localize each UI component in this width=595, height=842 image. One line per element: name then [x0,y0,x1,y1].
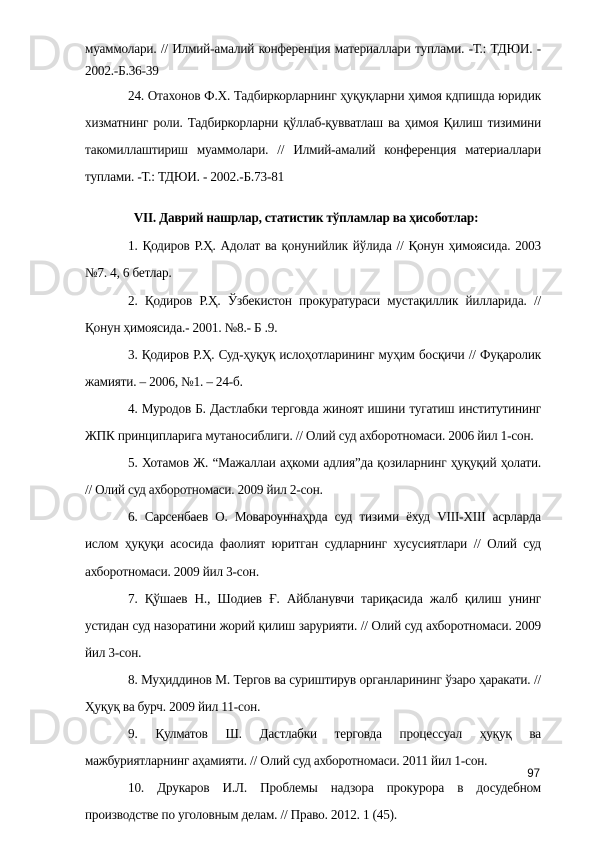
continued-reference: муаммолари. // Илмий-амалий конференция … [85,0,541,82]
section-heading: VII. Даврий нашрлар, статистик тўпламлар… [85,204,541,231]
reference-item: 1. Қодиров Р.Ҳ. Адолат ва қонунийлик йўл… [85,232,541,286]
reference-item: 4. Муродов Б. Дастлабки терговда жиноят … [85,395,541,449]
reference-item: 9. Қулматов Ш. Дастлабки терговда процес… [85,720,541,774]
reference-item: 3. Қодиров Р.Ҳ. Суд-ҳуқуқ ислоҳотларинин… [85,341,541,395]
reference-item: 7. Қўшаев Н., Шодиев Ғ. Айбланувчи тариқ… [85,585,541,666]
reference-item: 8. Муҳиддинов М. Тергов ва суриштирув ор… [85,666,541,720]
document-page: муаммолари. // Илмий-амалий конференция … [85,0,541,828]
reference-item: 6. Сарсенбаев О. Мовароуннаҳрда суд тизи… [85,503,541,584]
page-number: 97 [527,768,540,780]
reference-item: 10. Друкаров И.Л. Проблемы надзора проку… [85,774,541,828]
reference-item: 5. Хотамов Ж. “Мажаллаи аҳкоми адлия”да … [85,449,541,503]
reference-item-24: 24. Отахонов Ф.Х. Тадбиркорларнинг ҳуқуқ… [85,82,541,190]
reference-item: 2. Қодиров Р.Ҳ. Ўзбекистон прокуратураси… [85,287,541,341]
